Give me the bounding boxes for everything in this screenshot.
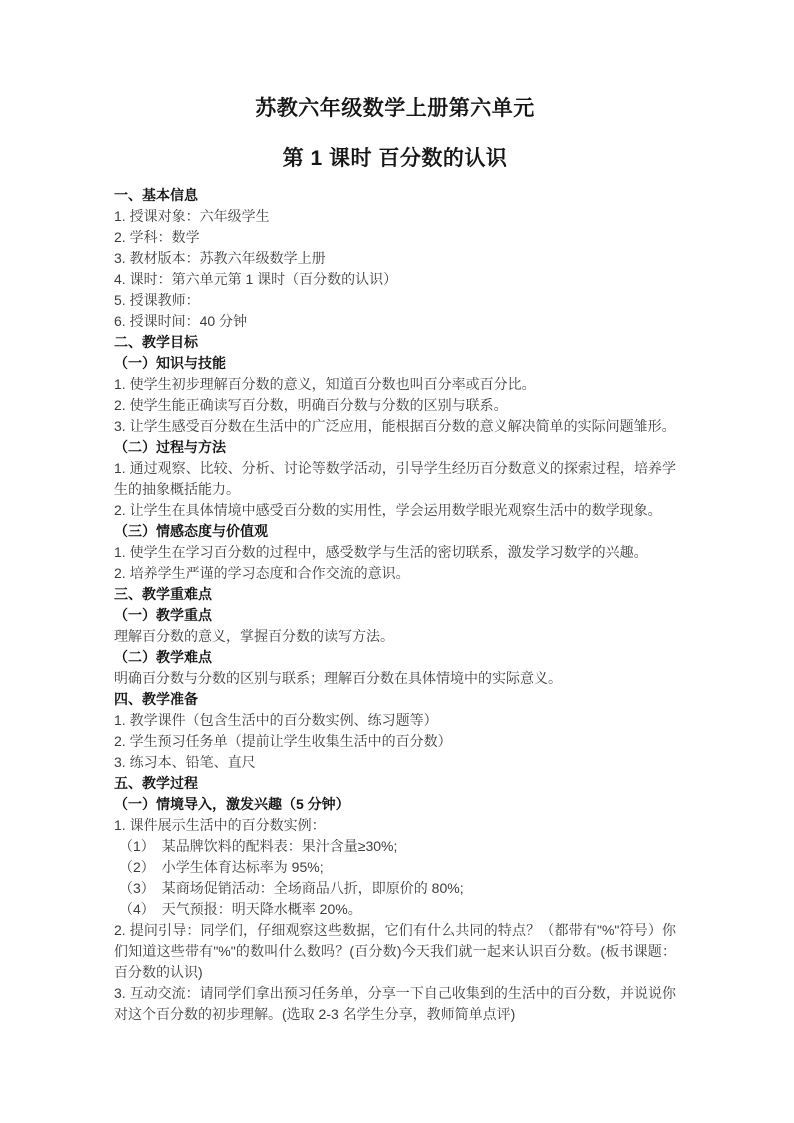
- paragraph: 2. 使学生能正确读写百分数，明确百分数与分数的区别与联系。: [114, 395, 676, 416]
- paragraph: 1. 通过观察、比较、分析、讨论等数学活动，引导学生经历百分数意义的探索过程，培…: [114, 458, 676, 500]
- sub-heading: （二）过程与方法: [114, 437, 676, 458]
- section-heading: 五、教学过程: [114, 773, 676, 794]
- sub-heading: （一）教学重点: [114, 605, 676, 626]
- list-item: （4） 天气预报：明天降水概率 20%。: [114, 899, 676, 920]
- section-heading: 二、教学目标: [114, 332, 676, 353]
- paragraph: 3. 练习本、铅笔、直尺: [114, 752, 676, 773]
- list-item: （2） 小学生体育达标率为 95%;: [114, 857, 676, 878]
- paragraph: 明确百分数与分数的区别与联系；理解百分数在具体情境中的实际意义。: [114, 668, 676, 689]
- list-item: （1） 某品牌饮料的配料表：果汁含量≥30%;: [114, 836, 676, 857]
- paragraph: 1. 课件展示生活中的百分数实例：: [114, 815, 676, 836]
- paragraph: 1. 教学课件（包含生活中的百分数实例、练习题等）: [114, 710, 676, 731]
- paragraph: 1. 授课对象：六年级学生: [114, 206, 676, 227]
- document-page: 苏教六年级数学上册第六单元 第 1 课时 百分数的认识 一、基本信息1. 授课对…: [0, 0, 794, 1123]
- section-heading: 四、教学准备: [114, 689, 676, 710]
- paragraph: 1. 使学生在学习百分数的过程中，感受数学与生活的密切联系，激发学习数学的兴趣。: [114, 542, 676, 563]
- section-heading: 三、教学重难点: [114, 584, 676, 605]
- paragraph: 2. 学科：数学: [114, 227, 676, 248]
- sub-heading: （一）情境导入，激发兴趣（5 分钟）: [114, 794, 676, 815]
- document-content: 苏教六年级数学上册第六单元 第 1 课时 百分数的认识 一、基本信息1. 授课对…: [114, 94, 676, 1025]
- page-title: 苏教六年级数学上册第六单元: [114, 94, 676, 124]
- paragraph: 1. 使学生初步理解百分数的意义，知道百分数也叫百分率或百分比。: [114, 374, 676, 395]
- paragraph: 2. 让学生在具体情境中感受百分数的实用性，学会运用数学眼光观察生活中的数学现象…: [114, 500, 676, 521]
- paragraph: 5. 授课教师：: [114, 290, 676, 311]
- paragraph: 3. 让学生感受百分数在生活中的广泛应用，能根据百分数的意义解决简单的实际问题雏…: [114, 416, 676, 437]
- paragraph: 2. 学生预习任务单（提前让学生收集生活中的百分数）: [114, 731, 676, 752]
- page-subtitle: 第 1 课时 百分数的认识: [114, 144, 676, 174]
- paragraph: 6. 授课时间：40 分钟: [114, 311, 676, 332]
- sub-heading: （二）教学难点: [114, 647, 676, 668]
- paragraph: 3. 互动交流：请同学们拿出预习任务单，分享一下自己收集到的生活中的百分数，并说…: [114, 983, 676, 1025]
- paragraph: 2. 提问引导：同学们，仔细观察这些数据，它们有什么共同的特点？（都带有"%"符…: [114, 920, 676, 983]
- sub-heading: （三）情感态度与价值观: [114, 521, 676, 542]
- list-item: （3） 某商场促销活动：全场商品八折，即原价的 80%;: [114, 878, 676, 899]
- section-heading: 一、基本信息: [114, 185, 676, 206]
- sub-heading: （一）知识与技能: [114, 353, 676, 374]
- document-body: 一、基本信息1. 授课对象：六年级学生2. 学科：数学3. 教材版本：苏教六年级…: [114, 185, 676, 1025]
- paragraph: 2. 培养学生严谨的学习态度和合作交流的意识。: [114, 563, 676, 584]
- paragraph: 4. 课时：第六单元第 1 课时（百分数的认识）: [114, 269, 676, 290]
- paragraph: 理解百分数的意义，掌握百分数的读写方法。: [114, 626, 676, 647]
- paragraph: 3. 教材版本：苏教六年级数学上册: [114, 248, 676, 269]
